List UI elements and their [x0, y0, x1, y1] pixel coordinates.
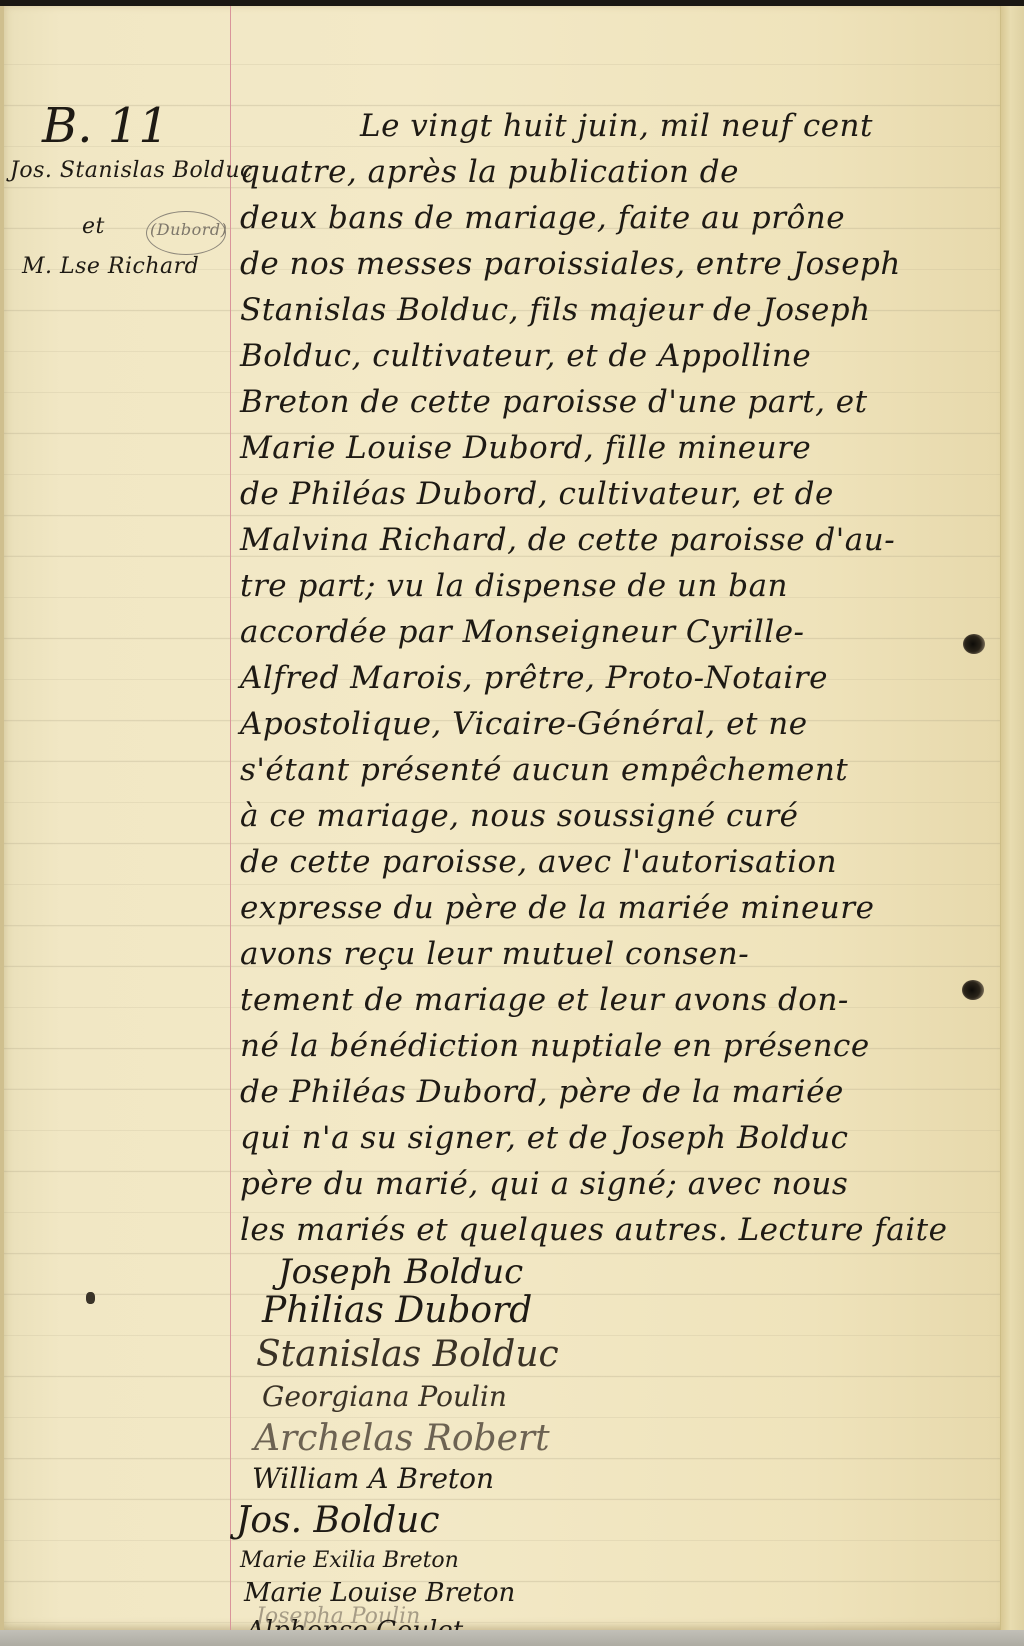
signature: Marie Exilia Breton	[240, 1548, 459, 1573]
body-line: Breton de cette paroisse d'une part, et	[240, 384, 868, 420]
signature: Archelas Robert	[254, 1418, 550, 1459]
body-line: Malvina Richard, de cette paroisse d'au-	[240, 522, 895, 558]
signature: Philias Dubord	[262, 1290, 532, 1331]
body-line: Stanislas Bolduc, fils majeur de Joseph	[240, 292, 871, 328]
pencil-annotation: (Dubord)	[150, 220, 227, 239]
body-line: père du marié, qui a signé; avec nous	[240, 1166, 848, 1202]
body-line: tement de mariage et leur avons don-	[240, 982, 849, 1018]
body-line: quatre, après la publication de	[240, 154, 739, 190]
ink-speck	[86, 1292, 95, 1304]
signature: Stanislas Bolduc	[256, 1334, 559, 1375]
body-line: de Philéas Dubord, cultivateur, et de	[240, 476, 834, 512]
body-line: les mariés et quelques autres. Lecture f…	[240, 1212, 947, 1248]
margin-groom-name: Jos. Stanislas Bolduc	[10, 158, 253, 183]
body-line: Bolduc, cultivateur, et de Appolline	[240, 338, 811, 374]
body-line: tre part; vu la dispense de un ban	[240, 568, 788, 604]
body-line: Marie Louise Dubord, fille mineure	[240, 430, 811, 466]
body-line: de cette paroisse, avec l'autorisation	[240, 844, 837, 880]
register-page: B. 11 Jos. Stanislas Bolduc et (Dubord) …	[0, 6, 1016, 1630]
page-left-edge	[0, 6, 4, 1630]
body-line: s'étant présenté aucun empêchement	[240, 752, 848, 788]
scan-bottom-edge	[0, 1630, 1024, 1646]
signature: Jos. Bolduc	[236, 1500, 440, 1541]
body-line: expresse du père de la mariée mineure	[240, 890, 874, 926]
body-line: Apostolique, Vicaire-Général, et ne	[240, 706, 808, 742]
body-line: Le vingt huit juin, mil neuf cent	[360, 108, 873, 144]
body-line: de Philéas Dubord, père de la mariée	[240, 1074, 844, 1110]
punch-hole	[962, 980, 984, 1000]
signature: Joseph Bolduc	[278, 1252, 523, 1292]
body-line: avons reçu leur mutuel consen-	[240, 936, 749, 972]
body-line: de nos messes paroissiales, entre Joseph	[240, 246, 901, 282]
signature: Georgiana Poulin	[262, 1380, 507, 1413]
margin-bride-name: M. Lse Richard	[22, 254, 199, 279]
adjacent-page-edge	[1000, 6, 1024, 1636]
body-line: qui n'a su signer, et de Joseph Bolduc	[240, 1120, 848, 1156]
body-line: à ce mariage, nous soussigné curé	[240, 798, 799, 834]
body-line: deux bans de mariage, faite au prône	[240, 200, 845, 236]
signature: William A Breton	[252, 1462, 494, 1495]
punch-hole	[963, 634, 985, 654]
body-line: Alfred Marois, prêtre, Proto-Notaire	[240, 660, 828, 696]
body-line: accordée par Monseigneur Cyrille-	[240, 614, 805, 650]
body-line: né la bénédiction nuptiale en présence	[240, 1028, 870, 1064]
entry-number: B. 11	[42, 98, 169, 154]
margin-conjunction: et	[82, 214, 105, 239]
margin-rule	[230, 6, 231, 1630]
